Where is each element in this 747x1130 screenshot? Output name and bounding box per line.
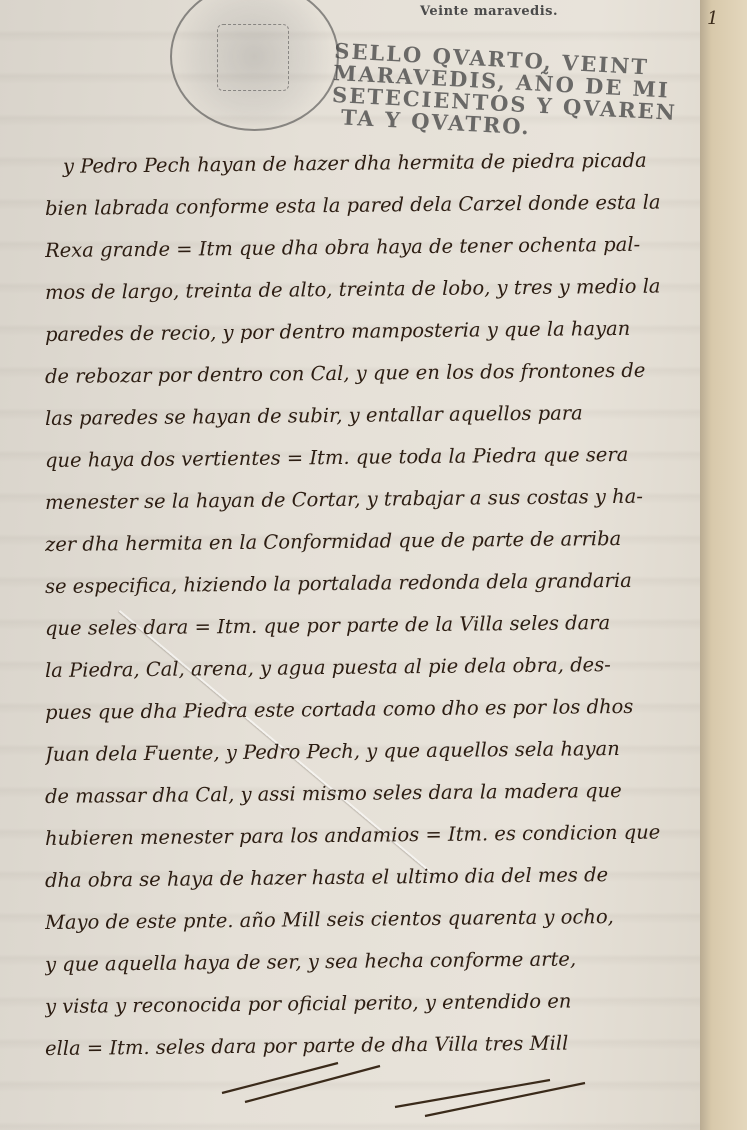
text-line: Juan dela Fuente, y Pedro Pech, y que aq…: [45, 727, 705, 776]
text-line: que seles dara = Itm. que por parte de l…: [45, 601, 705, 650]
text-line: mos de largo, treinta de alto, treinta d…: [45, 265, 705, 314]
text-line: menester se la hayan de Cortar, y trabaj…: [45, 475, 705, 524]
text-line: hubieren menester para los andamios = It…: [45, 811, 705, 860]
text-line: bien labrada conforme esta la pared dela…: [45, 181, 705, 230]
text-line: pues que dha Piedra este cortada como dh…: [45, 685, 705, 734]
text-line: dha obra se haya de hazer hasta el ultim…: [45, 853, 705, 902]
stamp-value-header: Veinte maravedis.: [420, 4, 558, 19]
text-line: y que aquella haya de ser, y sea hecha c…: [45, 937, 705, 986]
text-line: la Piedra, Cal, arena, y agua puesta al …: [45, 643, 705, 692]
text-line: de rebozar por dentro con Cal, y que en …: [45, 349, 705, 398]
text-line: que haya dos vertientes = Itm. que toda …: [45, 433, 705, 482]
text-line: Mayo de este pnte. año Mill seis cientos…: [45, 895, 705, 944]
manuscript-text: y Pedro Pech hayan de hazer dha hermita …: [45, 146, 705, 1070]
text-line: y Pedro Pech hayan de hazer dha hermita …: [45, 139, 705, 188]
coat-of-arms-icon: [217, 24, 289, 91]
text-line: de massar dha Cal, y assi mismo seles da…: [45, 769, 705, 818]
text-line: zer dha hermita en la Conformidad que de…: [45, 517, 705, 566]
text-line: Rexa grande = Itm que dha obra haya de t…: [45, 223, 705, 272]
folio-number: 1: [707, 8, 718, 29]
text-line: ella = Itm. seles dara por parte de dha …: [45, 1021, 705, 1070]
text-line: se especifica, hiziendo la portalada red…: [45, 559, 705, 608]
next-page-edge: [700, 0, 747, 1130]
text-line: paredes de recio, y por dentro mamposter…: [45, 307, 705, 356]
text-line: y vista y reconocida por oficial perito,…: [45, 979, 705, 1028]
stamped-paper-text: SELLO QVARTO, VEINT MARAVEDIS, AÑO DE MI…: [330, 40, 704, 147]
text-line: las paredes se hayan de subir, y entalla…: [45, 391, 705, 440]
